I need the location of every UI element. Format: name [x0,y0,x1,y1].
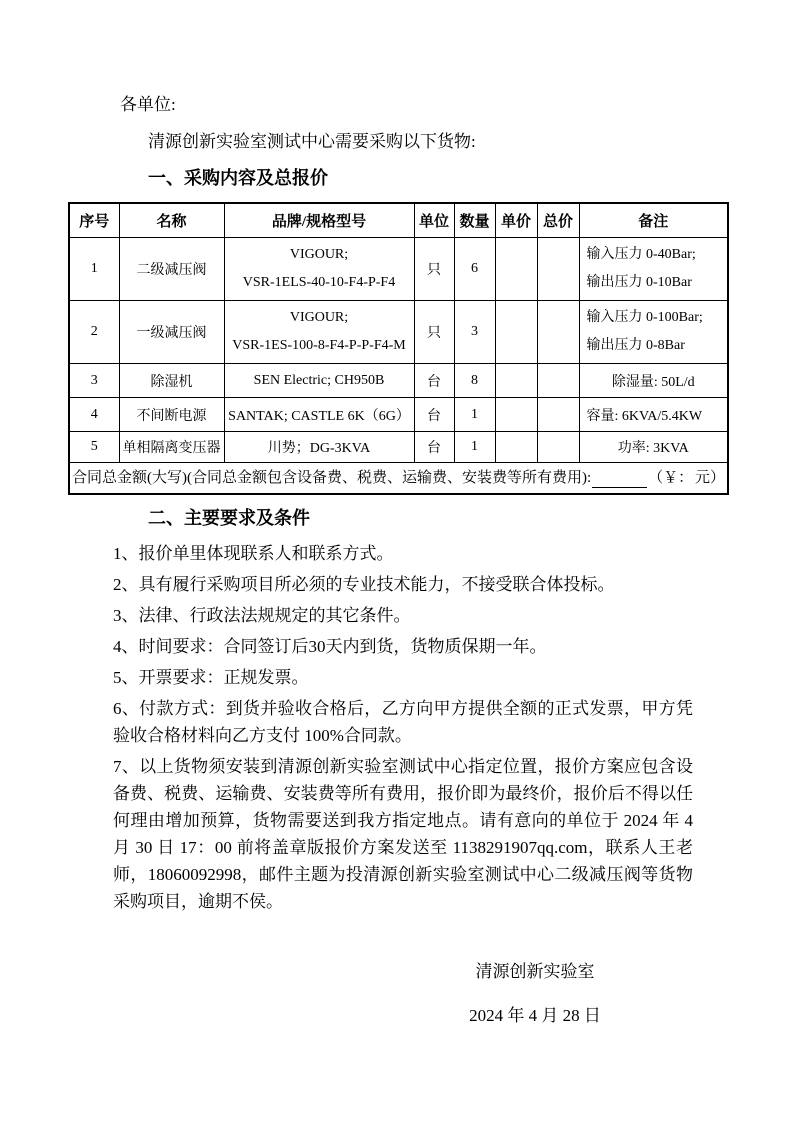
table-row: 3 除湿机 SEN Electric; CH950B 台 8 除湿量: 50L/… [69,364,728,398]
requirement-item-4: 4、时间要求：合同签订后30天内到货，货物质保期一年。 [113,633,693,660]
cell-unit-price [495,238,537,301]
col-header-unit-price: 单价 [495,203,537,238]
cell-unit: 台 [414,432,454,463]
cell-qty: 6 [454,238,495,301]
cell-unit-price [495,364,537,398]
cell-no: 3 [69,364,119,398]
cell-name: 不间断电源 [119,398,224,432]
cell-unit-price [495,398,537,432]
cell-qty: 1 [454,432,495,463]
cell-name: 单相隔离变压器 [119,432,224,463]
cell-no: 1 [69,238,119,301]
cell-brand-model: VIGOUR; VSR-1ES-100-8-F4-P-P-F4-M [224,301,414,364]
cell-total-price [537,238,579,301]
table-row: 5 单相隔离变压器 川势；DG-3KVA 台 1 功率: 3KVA [69,432,728,463]
cell-remark: 输入压力 0-40Bar; 输出压力 0-10Bar [579,238,728,301]
cell-total-price [537,301,579,364]
requirements-list: 1、报价单里体现联系人和联系方式。 2、具有履行采购项目所必须的专业技术能力，不… [113,540,693,915]
signature-org: 清源创新实验室 [400,957,670,982]
cell-name: 二级减压阀 [119,238,224,301]
cell-remark: 功率: 3KVA [579,432,728,463]
cell-brand-model: SEN Electric; CH950B [224,364,414,398]
table-row: 2 一级减压阀 VIGOUR; VSR-1ES-100-8-F4-P-P-F4-… [69,301,728,364]
requirement-item-1: 1、报价单里体现联系人和联系方式。 [113,540,693,567]
amount-blank-line [592,473,647,488]
cell-no: 4 [69,398,119,432]
requirement-item-7: 7、以上货物须安装到清源创新实验室测试中心指定位置，报价方案应包含设备费、税费、… [113,753,693,915]
cell-unit: 只 [414,301,454,364]
salutation: 各单位: [120,95,793,115]
cell-brand-model: SANTAK; CASTLE 6K（6G） [224,398,414,432]
currency-open: （￥： [648,464,693,492]
cell-unit: 台 [414,364,454,398]
cell-unit: 台 [414,398,454,432]
section2-title: 二、主要要求及条件 [148,508,793,529]
cell-total-price [537,364,579,398]
col-header-brand-model: 品牌/规格型号 [224,203,414,238]
signature-block: 清源创新实验室 2024 年 4 月 28 日 [400,957,670,1026]
contract-total-label: 合同总金额(大写)(合同总金额包含设备费、税费、运输费、安装费等所有费用): [72,464,591,492]
requirement-item-2: 2、具有履行采购项目所必须的专业技术能力，不接受联合体投标。 [113,571,693,598]
cell-brand-model: 川势；DG-3KVA [224,432,414,463]
intro-line: 清源创新实验室测试中心需要采购以下货物: [148,132,793,152]
signature-date: 2024 年 4 月 28 日 [400,1001,670,1026]
cell-total-price [537,398,579,432]
cell-remark: 输入压力 0-100Bar; 输出压力 0-8Bar [579,301,728,364]
col-header-no: 序号 [69,203,119,238]
currency-close: 元） [695,464,725,492]
requirement-item-3: 3、法律、行政法法规规定的其它条件。 [113,602,693,629]
col-header-unit: 单位 [414,203,454,238]
cell-name: 除湿机 [119,364,224,398]
cell-unit: 只 [414,238,454,301]
section1-title: 一、采购内容及总报价 [148,168,793,189]
procurement-table: 序号 名称 品牌/规格型号 单位 数量 单价 总价 备注 1 二级减压阀 VIG… [68,202,729,495]
col-header-remark: 备注 [579,203,728,238]
cell-unit-price [495,432,537,463]
cell-remark: 除湿量: 50L/d [579,364,728,398]
table-header-row: 序号 名称 品牌/规格型号 单位 数量 单价 总价 备注 [69,203,728,238]
cell-qty: 3 [454,301,495,364]
requirement-item-5: 5、开票要求：正规发票。 [113,664,693,691]
contract-total-row: 合同总金额(大写)(合同总金额包含设备费、税费、运输费、安装费等所有费用): （… [69,463,728,495]
cell-remark: 容量: 6KVA/5.4KW [579,398,728,432]
table-row: 4 不间断电源 SANTAK; CASTLE 6K（6G） 台 1 容量: 6K… [69,398,728,432]
cell-unit-price [495,301,537,364]
table-row: 1 二级减压阀 VIGOUR; VSR-1ELS-40-10-F4-P-F4 只… [69,238,728,301]
cell-name: 一级减压阀 [119,301,224,364]
cell-no: 5 [69,432,119,463]
cell-brand-model: VIGOUR; VSR-1ELS-40-10-F4-P-F4 [224,238,414,301]
document-page: 各单位: 清源创新实验室测试中心需要采购以下货物: 一、采购内容及总报价 序号 … [0,0,793,1122]
col-header-total-price: 总价 [537,203,579,238]
col-header-name: 名称 [119,203,224,238]
cell-qty: 8 [454,364,495,398]
col-header-qty: 数量 [454,203,495,238]
cell-no: 2 [69,301,119,364]
cell-total-price [537,432,579,463]
cell-qty: 1 [454,398,495,432]
requirement-item-6: 6、付款方式：到货并验收合格后，乙方向甲方提供全额的正式发票，甲方凭验收合格材料… [113,695,693,749]
